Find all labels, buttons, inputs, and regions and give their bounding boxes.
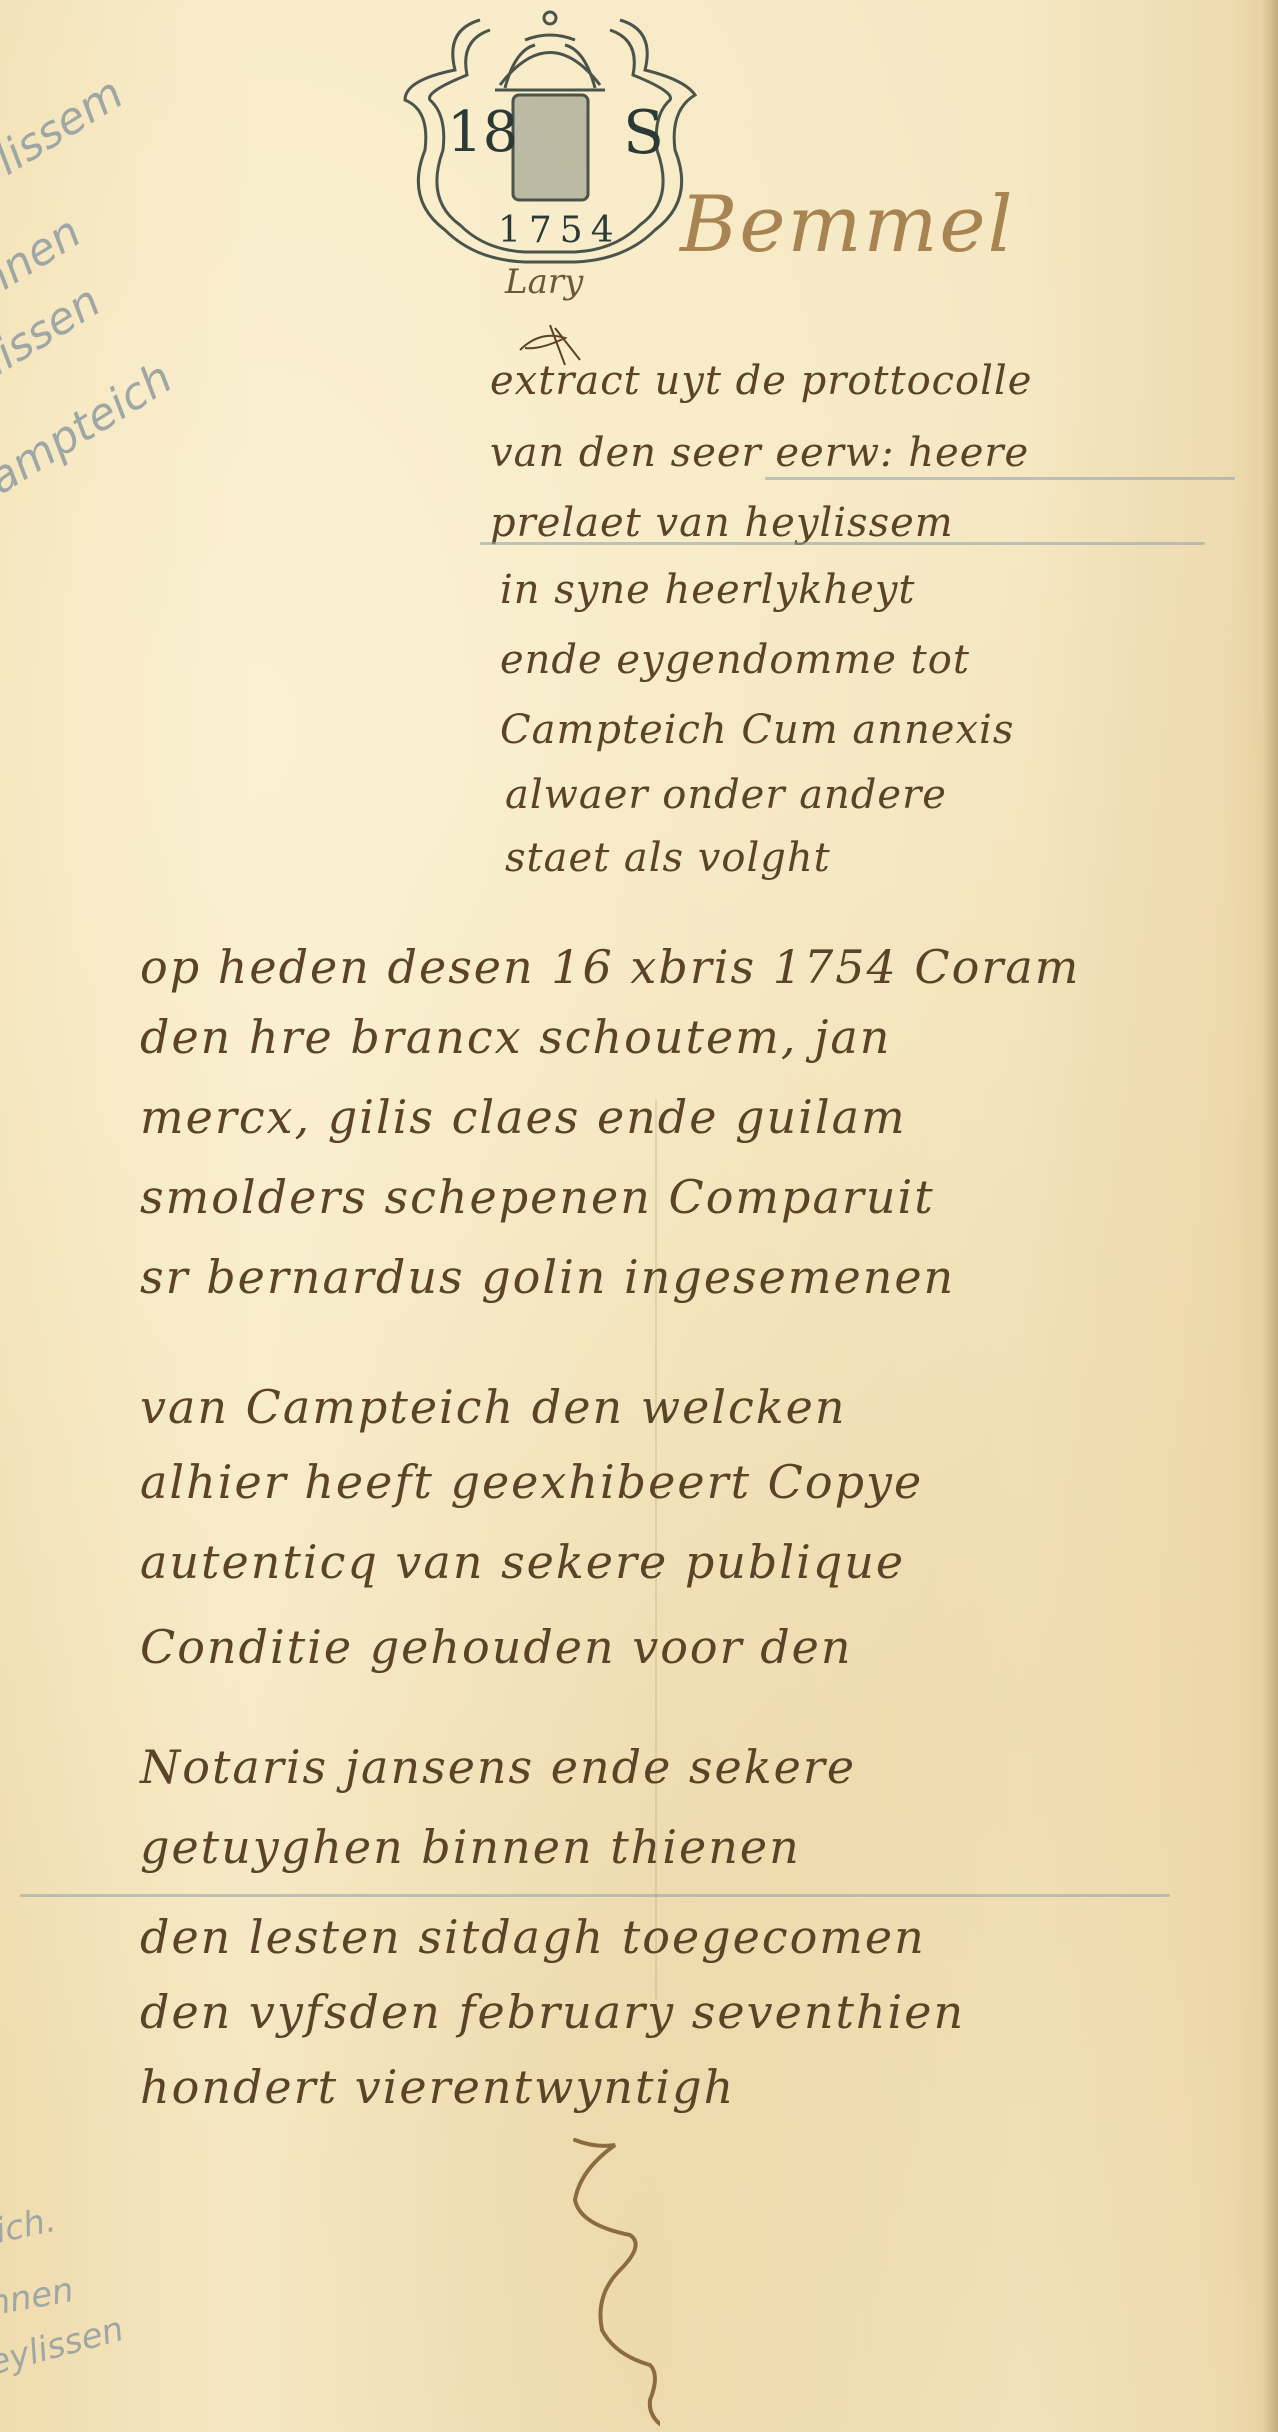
body-line: den lesten sitdagh toegecomen [140, 1910, 926, 1964]
header-line: van den seer eerw: heere [490, 430, 1029, 476]
margin-note: Heylissem [0, 68, 132, 231]
body-line: Notaris jansens ende sekere [140, 1740, 856, 1794]
body-line: Conditie gehouden voor den [140, 1620, 853, 1674]
body-line: hondert vierentwyntigh [140, 2060, 735, 2114]
tax-stamp: 18 S 1754 Lary [385, 0, 715, 310]
header-line: staet als volght [505, 835, 831, 881]
body-line: mercx, gilis claes ende guilam [140, 1090, 907, 1144]
header-line: prelaet van heylissem [490, 500, 954, 546]
margin-note: Campteich [0, 352, 181, 521]
body-line: van Campteich den welcken [140, 1380, 847, 1434]
header-line: ende eygendomme tot [500, 637, 970, 683]
document-page: 18 S 1754 Lary Bemmel extract uyt de pro… [0, 0, 1278, 2432]
stamp-number: 18 [447, 100, 518, 165]
body-line: alhier heeft geexhibeert Copye [140, 1455, 923, 1509]
document-title: Bemmel [680, 180, 1015, 270]
body-line: op heden desen 16 xbris 1754 Coram [140, 940, 1080, 994]
body-line: smolders schepenen Comparuit [140, 1170, 935, 1224]
pencil-underline [480, 542, 1205, 545]
body-line: getuyghen binnen thienen [140, 1820, 801, 1874]
flourish-mark-icon [510, 320, 590, 380]
margin-note: Camptich. [0, 2200, 59, 2275]
pencil-underline [20, 1894, 1170, 1897]
header-line: in syne heerlykheyt [500, 567, 916, 613]
body-line: sr bernardus golin ingeseтenen [140, 1250, 955, 1304]
stamp-signature: Lary [505, 262, 583, 302]
body-line: den hre brancx schouteт, jan [140, 1010, 891, 1064]
body-line: den vyfsden february seventhien [140, 1985, 965, 2039]
closing-squiggle-icon [540, 2130, 660, 2432]
body-line: autenticq van sekere publique [140, 1535, 905, 1589]
pencil-underline [765, 477, 1235, 480]
margin-note: Binnen [0, 2270, 77, 2330]
paper-edge [1262, 0, 1278, 2432]
margin-note: Heylissen [0, 2309, 128, 2390]
header-line: alwaer onder andere [505, 772, 947, 818]
stamp-year: 1754 [498, 210, 622, 251]
header-line: Campteich Cum annexis [500, 707, 1014, 753]
stamp-letter: S [623, 98, 664, 168]
